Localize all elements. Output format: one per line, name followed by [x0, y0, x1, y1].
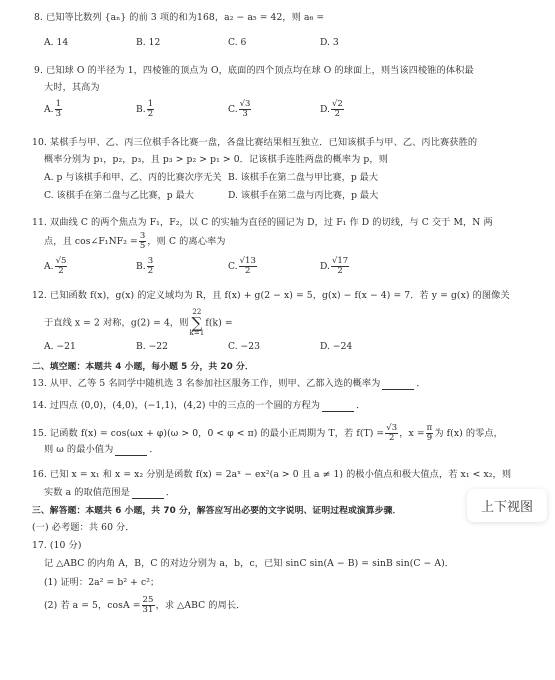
section-2-header: 二、填空题：本题共 4 小题，每小题 5 分，共 20 分．: [32, 361, 254, 373]
q17-title: 17. (10 分): [32, 540, 82, 552]
q11-option-a: A.√52: [44, 257, 68, 276]
denominator: 2: [385, 434, 398, 443]
denominator: 2: [331, 110, 344, 119]
text: (2) 若 a = 5，cosA =: [44, 600, 141, 611]
q17-part1: (1) 证明：2a² = b² + c²；: [44, 577, 159, 589]
text: ．: [166, 487, 175, 498]
denominator: 2: [331, 267, 349, 276]
q12-option-a: A. −21: [44, 341, 76, 353]
option-label: A.: [44, 104, 54, 115]
q12-option-d: D. −24: [320, 341, 352, 353]
section-3-subheader: (一) 必考题：共 60 分．: [32, 522, 135, 534]
q8-stem: 8. 已知等比数列 {aₙ} 的前 3 项的和为168，a₂ − a₅ = 42…: [34, 12, 324, 24]
fraction: 2531: [142, 596, 155, 615]
q10-option-d: D. 该棋手在第二盘与丙比赛，p 最大: [228, 190, 378, 202]
fraction: 13: [55, 100, 62, 119]
fraction: √33: [239, 100, 252, 119]
q9-stem-line2: 大时，其高为: [44, 82, 100, 94]
q9-option-a: A.13: [44, 100, 63, 119]
summation: 22∑k=1: [190, 309, 205, 337]
q9-option-c: C.√33: [228, 100, 252, 119]
exam-page: 8. 已知等比数列 {aₙ} 的前 3 项的和为168，a₂ − a₅ = 42…: [0, 0, 555, 680]
text: 14. 过四点 (0,0)，(4,0)，(−1,1)，(4,2) 中的三点的一个…: [32, 400, 320, 411]
q16-line1: 16. 已知 x = x₁ 和 x = x₂ 分别是函数 f(x) = 2aˣ …: [32, 469, 511, 481]
text: 则 ω 的最小值为: [44, 444, 113, 455]
fraction: π9: [426, 424, 434, 443]
text: 15. 记函数 f(x) = cos(ωx + φ)(ω > 0，0 < φ <…: [32, 428, 384, 439]
option-label: B.: [136, 261, 146, 272]
q8-option-c: C. 6: [228, 37, 246, 49]
sum-lower: k=1: [190, 330, 205, 337]
denominator: 31: [142, 606, 155, 615]
denominator: 2: [239, 267, 257, 276]
text: ，求 △ABC 的周长．: [156, 600, 246, 611]
answer-blank: [115, 446, 147, 456]
answer-blank: [322, 402, 354, 412]
text: 实数 a 的取值范围是: [44, 487, 130, 498]
q10-option-c: C. 该棋手在第二盘与乙比赛，p 最大: [44, 190, 194, 202]
q11-stem-line1: 11. 双曲线 C 的两个焦点为 F₁，F₂，以 C 的实轴为直径的圆记为 D，…: [32, 217, 493, 229]
q11-option-d: D.√172: [320, 257, 350, 276]
q10-stem-line1: 10. 某棋手与甲、乙、丙三位棋手各比赛一盘，各盘比赛结果相互独立．已知该棋手与…: [32, 137, 477, 149]
q9-option-b: B.12: [136, 100, 155, 119]
option-label: A.: [44, 261, 54, 272]
denominator: 2: [55, 267, 68, 276]
text: 为 f(x) 的零点，: [434, 428, 503, 439]
text: 13. 从甲、乙等 5 名同学中随机选 3 名参加社区服务工作，则甲、乙都入选的…: [32, 378, 380, 389]
text: ．: [416, 378, 425, 389]
answer-blank: [132, 489, 164, 499]
option-label: C.: [228, 261, 238, 272]
text: ．: [356, 400, 365, 411]
q17-part2: (2) 若 a = 5，cosA =2531，求 △ABC 的周长．: [44, 596, 245, 615]
denominator: 5: [139, 242, 147, 251]
q10-option-a: A. p 与该棋手和甲、乙、丙的比赛次序无关: [44, 172, 221, 184]
denominator: 2: [147, 110, 154, 119]
text: f(k) =: [205, 318, 232, 329]
q9-option-d: D.√22: [320, 100, 345, 119]
toggle-view-label: 上下视图: [481, 496, 533, 515]
fraction: √32: [385, 424, 398, 443]
q15-line2: 则 ω 的最小值为．: [44, 444, 159, 456]
q16-line2: 实数 a 的取值范围是．: [44, 487, 175, 499]
q12-stem-line1: 12. 已知函数 f(x)，g(x) 的定义域均为 R，且 f(x) + g(2…: [32, 290, 510, 302]
fraction: √172: [331, 257, 349, 276]
fraction: √22: [331, 100, 344, 119]
text: ，x =: [399, 428, 424, 439]
text: ，则 C 的离心率为: [147, 236, 225, 247]
denominator: 3: [55, 110, 62, 119]
q15-line1: 15. 记函数 f(x) = cos(ωx + φ)(ω > 0，0 < φ <…: [32, 424, 503, 443]
q10-stem-line2: 概率分别为 p₁，p₂，p₃，且 p₃ > p₂ > p₁ > 0．记该棋手连胜…: [44, 154, 388, 166]
q8-option-d: D. 3: [320, 37, 339, 49]
text: ．: [149, 444, 158, 455]
option-label: D.: [320, 104, 330, 115]
denominator: 3: [239, 110, 252, 119]
q9-stem-line1: 9. 已知球 O 的半径为 1，四棱锥的顶点为 O，底面的四个顶点均在球 O 的…: [34, 65, 474, 77]
section-3-header: 三、解答题：本题共 6 小题，共 70 分，解答应写出必要的文字说明、证明过程或…: [32, 505, 401, 517]
text: 点，且 cos∠F₁NF₂ =: [44, 236, 138, 247]
q17-line1: 记 △ABC 的内角 A，B，C 的对边分别为 a，b，c，已知 sinC si…: [44, 558, 454, 570]
toggle-view-button[interactable]: 上下视图: [467, 489, 547, 522]
q12-option-c: C. −23: [228, 341, 260, 353]
q13-stem: 13. 从甲、乙等 5 名同学中随机选 3 名参加社区服务工作，则甲、乙都入选的…: [32, 378, 426, 390]
option-label: C.: [228, 104, 238, 115]
fraction: 32: [147, 257, 154, 276]
text: 于直线 x = 2 对称，g(2) = 4，则: [44, 318, 189, 329]
fraction: 12: [147, 100, 154, 119]
q12-option-b: B. −22: [136, 341, 168, 353]
q8-option-a: A. 14: [44, 37, 68, 49]
option-label: B.: [136, 104, 146, 115]
denominator: 9: [426, 434, 434, 443]
q11-option-b: B.32: [136, 257, 155, 276]
q10-option-b: B. 该棋手在第二盘与甲比赛，p 最大: [228, 172, 378, 184]
q8-option-b: B. 12: [136, 37, 160, 49]
fraction: √52: [55, 257, 68, 276]
sigma-symbol: ∑: [190, 316, 205, 330]
answer-blank: [382, 380, 414, 390]
fraction: 35: [139, 232, 147, 251]
fraction: √132: [239, 257, 257, 276]
q11-stem-line2: 点，且 cos∠F₁NF₂ =35，则 C 的离心率为: [44, 232, 226, 251]
q14-stem: 14. 过四点 (0,0)，(4,0)，(−1,1)，(4,2) 中的三点的一个…: [32, 400, 365, 412]
q11-option-c: C.√132: [228, 257, 258, 276]
option-label: D.: [320, 261, 330, 272]
q12-stem-line2: 于直线 x = 2 对称，g(2) = 4，则22∑k=1f(k) =: [44, 309, 233, 337]
denominator: 2: [147, 267, 154, 276]
